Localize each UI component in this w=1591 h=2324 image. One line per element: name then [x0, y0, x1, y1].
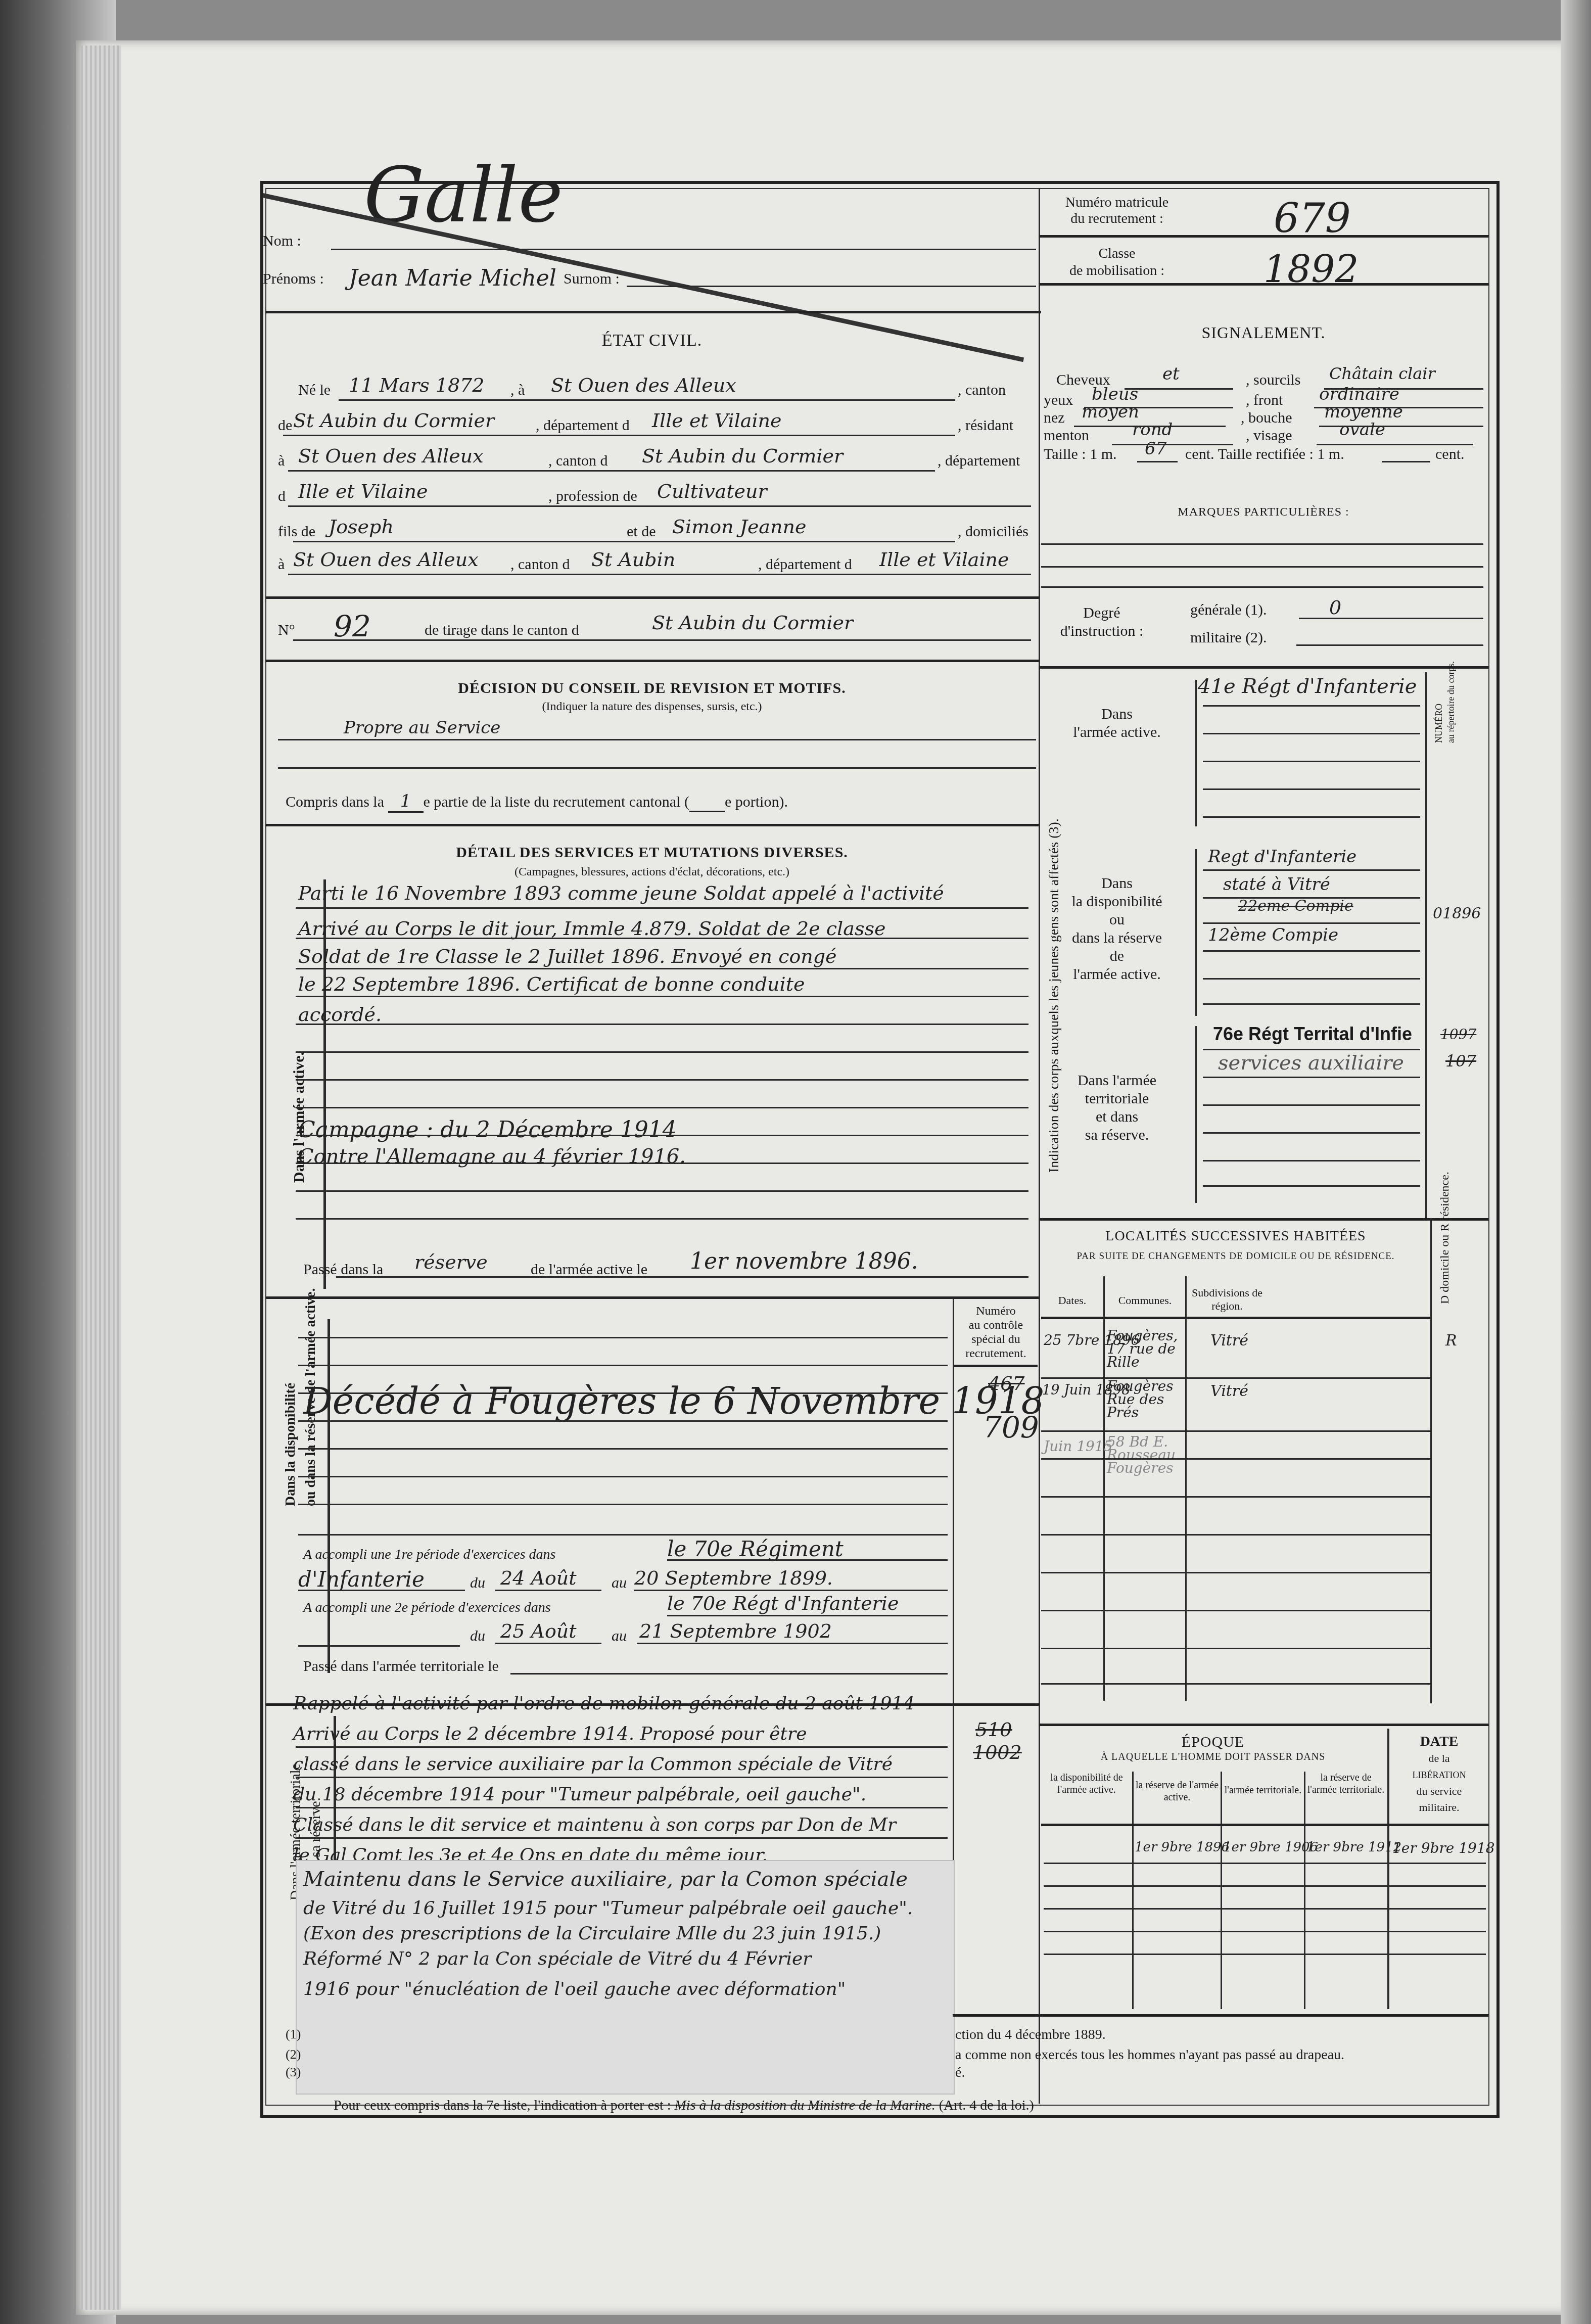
paste-line-1: Maintenu dans le Service auxiliaire, par… [303, 1868, 908, 1891]
corps-rule [1203, 788, 1420, 790]
corps-active-value: 41e Régt d'Infanterie [1198, 675, 1417, 698]
localites-divider [1039, 1724, 1488, 1726]
localites-rule [1041, 1610, 1430, 1611]
tirage-label: de tirage dans le canton d [425, 622, 579, 639]
localites-col-dates: Dates. [1041, 1294, 1103, 1307]
conseil-line-2 [278, 767, 1036, 769]
corps-rule [1203, 761, 1420, 762]
domicile-parents: St Ouen des Alleux [293, 548, 479, 571]
localite-1-subdivision: Vitré [1210, 1332, 1248, 1350]
footnote-3-num: (3) [286, 2065, 301, 2080]
yeux-label: yeux [1044, 392, 1073, 409]
instruction-militaire-rule [1296, 644, 1483, 646]
corps-rule [1203, 1104, 1420, 1106]
campagne-line-1: Campagne : du 2 Décembre 1914 [298, 1117, 677, 1143]
et-de-label: et de [627, 523, 656, 540]
epoque-col-reserve-active: la réserve de l'armée active. [1134, 1779, 1221, 1803]
territoriale-rule [296, 1837, 948, 1839]
service-rule [296, 996, 1028, 997]
corps-rule [1203, 950, 1420, 952]
parents-line [293, 541, 955, 542]
a2-label: à [278, 452, 285, 470]
epoque-rule [1044, 1931, 1486, 1932]
service-line-2: Arrivé au Corps le dit jour, Immle 4.879… [298, 917, 885, 940]
localites-rule [1041, 1377, 1430, 1379]
service-rule [296, 1163, 1028, 1164]
liberation-header: DATEde laLIBÉRATIONdu servicemilitaire. [1390, 1734, 1488, 1816]
localites-col-divider-2 [1185, 1276, 1187, 1701]
service-rule [296, 1079, 1028, 1081]
epoque-col-disponibilite: la disponibilité de l'armée active. [1041, 1772, 1132, 1796]
marine-note: Pour ceux compris dans la 7e liste, l'in… [334, 2098, 1034, 2114]
territoriale-line-4: du 18 décembre 1914 pour "Tumeur palpébr… [293, 1784, 866, 1805]
domicilies-label: , domiciliés [958, 523, 1028, 540]
territoriale-corps-value: services auxiliaire [1218, 1051, 1404, 1075]
matricule-divider [1039, 235, 1488, 238]
localite-2-commune: Fougères Rue des Prés [1107, 1380, 1183, 1419]
compris-label-3: e portion). [725, 794, 788, 810]
compris-partie: 1 [388, 791, 424, 813]
nom-line [331, 249, 1036, 250]
compris-label-2: e partie de la liste du recrutement cant… [424, 794, 689, 810]
localites-header-rule [1041, 1317, 1430, 1319]
service-rule [296, 1024, 1028, 1025]
localites-rule [1041, 1534, 1430, 1536]
territoriale-corps-numero-old: 1097 [1440, 1026, 1476, 1043]
localites-rule [1041, 1683, 1430, 1685]
instruction-militaire-label: militaire (2). [1190, 629, 1267, 646]
epoque-col-territoriale: l'armée territoriale. [1222, 1784, 1304, 1796]
pasted-slip [296, 1860, 955, 2095]
territoriale-passe-rule [510, 1673, 948, 1675]
brace-territoriale-corps [1195, 1026, 1197, 1203]
epoque-value-territoriale: 1er 9bre 1906 [1223, 1840, 1318, 1855]
dispo-rule [298, 1365, 948, 1366]
service-line-5: accordé. [298, 1003, 382, 1026]
brace-disponibilite-corps [1195, 849, 1197, 1016]
periode2-au: 21 Septembre 1902 [639, 1620, 832, 1642]
corps-dispo-value-3: 22eme Compie [1238, 897, 1353, 915]
prenoms-label: Prénoms : [263, 270, 324, 288]
etat-civil-divider [265, 596, 1039, 599]
service-line-1: Parti le 16 Novembre 1893 comme jeune So… [298, 882, 944, 904]
localites-subtitle: PAR SUITE DE CHANGEMENTS DE DOMICILE OU … [1041, 1251, 1430, 1262]
dispo-rule [298, 1448, 948, 1450]
numero-repertoire-header: NUMÉROau répertoire du corps. [1433, 661, 1457, 743]
epoque-value-reserve-territoriale: 1er 9bre 1912 [1306, 1840, 1401, 1855]
service-rule [296, 938, 1028, 939]
signalement-title: SIGNALEMENT. [1041, 323, 1486, 342]
dr-column-divider [1430, 1218, 1432, 1703]
periode2-du: 25 Août [500, 1620, 577, 1642]
header-divider [265, 311, 1041, 313]
profession-line [288, 505, 1031, 507]
periode1-au-label: au [612, 1574, 627, 1592]
territoriale-rule [296, 1746, 948, 1748]
naissance-line [339, 399, 955, 401]
residence-line [288, 470, 935, 472]
territoriale-stamp: 76e Régt Territal d'Infie [1213, 1024, 1412, 1045]
compris-label: Compris dans la [286, 794, 384, 810]
epoque-rule [1044, 1863, 1486, 1864]
profession-label: , profession de [548, 488, 637, 505]
periode1-label: A accompli une 1re période d'exercices d… [303, 1547, 555, 1563]
right-shadow [1561, 0, 1591, 2324]
corps-active-label: Dansl'armée active. [1064, 705, 1170, 741]
corps-dispo-value-2: staté à Vitré [1223, 874, 1330, 895]
dispo-rule [298, 1392, 948, 1394]
corps-dispo-value-4: 12ème Compie [1208, 925, 1338, 945]
service-rule [296, 968, 1028, 969]
corps-rule [1203, 1049, 1420, 1050]
localites-rule [1041, 1572, 1430, 1573]
corps-disponibilite-label: Dansla disponibilitéoudans la réservedel… [1064, 874, 1170, 984]
cheveux-rule [1125, 388, 1233, 390]
territoriale-passe-label: Passé dans l'armée territoriale le [303, 1658, 499, 1675]
canton2-label: , canton d [548, 452, 607, 470]
conseil-decision: Propre au Service [344, 718, 500, 738]
footnote-2-text: a comme non exercés tous les hommes n'ay… [955, 2047, 1344, 2063]
instruction-label: Degréd'instruction : [1051, 604, 1152, 640]
instruction-generale-value: 0 [1329, 596, 1341, 619]
paste-line-3: (Exon des prescriptions de la Circulaire… [303, 1923, 881, 1944]
residence: St Ouen des Alleux [298, 445, 484, 467]
instruction-generale-rule [1299, 618, 1483, 619]
nom-value: Galle [364, 152, 563, 240]
localites-rule [1041, 1496, 1430, 1498]
epoque-col-divider [1221, 1772, 1222, 2009]
periode2-du-label: du [470, 1628, 485, 1645]
departement-label: , département d [536, 417, 630, 434]
corps-side-label: Indication des corps auxquels les jeunes… [1046, 818, 1062, 1173]
a3-label: à [278, 556, 285, 573]
instruction-divider [1039, 666, 1488, 669]
compris-text: Compris dans la 1e partie de la liste du… [286, 791, 788, 813]
fils-de-label: fils de [278, 523, 315, 540]
front-label: , front [1246, 392, 1283, 409]
canton-line [283, 435, 955, 436]
periode1-du: 24 Août [500, 1567, 577, 1589]
matricule-label: Numéro matriculedu recrutement : [1041, 195, 1193, 227]
periode1-corps-2: d'Infanterie [298, 1567, 425, 1592]
localite-2-subdivision: Vitré [1210, 1382, 1248, 1400]
localite-1-dr: R [1445, 1332, 1457, 1350]
taille-rule [1137, 461, 1178, 462]
marques-rule [1041, 586, 1483, 588]
corps-rule [1203, 978, 1420, 980]
marques-rule [1041, 566, 1483, 568]
tirage-line [293, 639, 1031, 641]
localite-3-commune: 58 Bd E. Rousseau Fougères [1107, 1435, 1203, 1475]
localites-rule [1041, 1648, 1430, 1649]
bouche-label: , bouche [1241, 409, 1292, 427]
menton-label: menton [1044, 427, 1089, 444]
epoque-rule [1044, 1885, 1486, 1887]
marques-rule [1041, 543, 1483, 545]
nez-label: nez [1044, 409, 1065, 427]
profession-value: Cultivateur [657, 480, 767, 502]
periode2-au-rule [637, 1643, 948, 1644]
classe-divider [1039, 283, 1488, 286]
taille-label: Taille : 1 m. [1044, 446, 1117, 463]
cheveux-value: et [1162, 364, 1180, 384]
epoque-title: ÉPOQUE [1041, 1734, 1385, 1751]
departement2-label: , département [938, 452, 1020, 470]
periode1-du-rule [495, 1590, 601, 1591]
surnom-line [627, 286, 1036, 287]
territoriale-numero: 1002 [973, 1741, 1022, 1763]
departement-naissance: Ille et Vilaine [652, 409, 782, 432]
corps-rule [1203, 733, 1420, 734]
tirage-divider [265, 660, 1039, 662]
brace-disponibilite [327, 1319, 330, 1673]
canton-label: , canton [958, 382, 1006, 399]
service-line-3: Soldat de 1re Classe le 2 Juillet 1896. … [298, 945, 837, 967]
conseil-title: DÉCISION DU CONSEIL DE REVISION ET MOTIF… [265, 680, 1039, 697]
dr-header: D domicile ou R résidence. [1438, 1172, 1452, 1304]
territoriale-rule [296, 1777, 948, 1778]
periode1-corps-rule [298, 1590, 465, 1591]
passe-value: réserve [414, 1251, 488, 1273]
canton-parents: St Aubin [591, 548, 675, 571]
footnote-1-text: ction du 4 décembre 1889. [955, 2027, 1106, 2043]
menton-value: rond [1132, 420, 1173, 440]
service-rule [296, 1218, 1028, 1220]
cent-label: cent. [1435, 446, 1464, 463]
periode1-au-rule [634, 1590, 948, 1591]
corps-divider [1039, 1218, 1488, 1221]
taille-value: 67 [1145, 439, 1166, 459]
de-label: de [278, 417, 292, 434]
liberation-value: 1er 9bre 1918 [1392, 1840, 1495, 1856]
corps-rule [1203, 1185, 1420, 1187]
services-subtitle: (Campagnes, blessures, actions d'éclat, … [265, 865, 1039, 879]
periode2-corps: le 70e Régt d'Infanterie [667, 1592, 899, 1614]
epoque-col-divider [1132, 1772, 1134, 2009]
service-rule [296, 1190, 1028, 1192]
page-edges [81, 45, 121, 2310]
ne-le-label: Né le [298, 382, 331, 399]
service-rule [296, 1135, 1028, 1136]
canton3-label: , canton d [510, 556, 570, 573]
service-rule [296, 907, 1028, 909]
sourcils-value: Châtain clair [1329, 364, 1435, 383]
liberation-divider [1387, 1729, 1389, 2009]
visage-rule [1317, 444, 1473, 445]
territoriale-corps-numero: 107 [1445, 1051, 1476, 1071]
conseil-subtitle: (Indiquer la nature des dispenses, sursi… [265, 700, 1039, 714]
corps-rule [1203, 869, 1420, 871]
dispo-rule [298, 1534, 948, 1536]
epoque-subtitle: À LAQUELLE L'HOMME DOIT PASSER DANS [1041, 1751, 1385, 1763]
localites-col-subdivisions: Subdivisions de région. [1187, 1286, 1268, 1313]
territoriale-numero-old: 510 [975, 1718, 1012, 1741]
yeux-value: bleus [1092, 384, 1138, 404]
front-value: ordinaire [1319, 384, 1399, 404]
localite-1-commune: Fougères, 17 rue de Rille [1107, 1329, 1183, 1369]
service-rule [296, 1107, 1028, 1108]
services-title: DÉTAIL DES SERVICES ET MUTATIONS DIVERSE… [265, 844, 1039, 861]
campagne-line-2: Contre l'Allemagne au 4 février 1916. [298, 1145, 686, 1168]
conseil-divider [265, 824, 1039, 826]
passe-date: 1er novembre 1896. [690, 1248, 918, 1274]
territoriale-rule [296, 1807, 948, 1808]
periode2-rule [667, 1615, 948, 1616]
tirage-no-label: N° [278, 622, 295, 639]
lieu-naissance: St Ouen des Alleux [551, 374, 736, 396]
numero-repertoire-divider [1425, 672, 1427, 1218]
dispo-rule [298, 1420, 948, 1422]
periode2-blank-rule [298, 1645, 460, 1647]
marques-title: MARQUES PARTICULIÈRES : [1041, 505, 1486, 519]
footnote-divider [953, 2014, 1488, 2017]
paste-line-4: Réformé N° 2 par la Con spéciale de Vitr… [303, 1948, 811, 1969]
numero-header-rule [954, 1365, 1038, 1367]
paste-line-5: 1916 pour "énucléation de l'oeil gauche … [303, 1979, 846, 2000]
nez-value: moyen [1082, 402, 1139, 422]
periode2-label: A accompli une 2e période d'exercices da… [303, 1600, 551, 1616]
localites-rule [1041, 1458, 1430, 1460]
surnom-label: Surnom : [564, 270, 620, 288]
periode1-corps: le 70e Régiment [667, 1537, 844, 1561]
departement-parents: Ille et Vilaine [879, 548, 1009, 571]
sourcils-label: , sourcils [1246, 371, 1300, 389]
footnote-3-text: é. [955, 2065, 965, 2081]
corps-rule [1203, 816, 1420, 818]
corps-territoriale-label: Dans l'arméeterritorialeet danssa réserv… [1064, 1072, 1170, 1144]
territoriale-line-3: classé dans le service auxiliaire par la… [293, 1754, 893, 1775]
corps-dispo-value-1: Regt d'Infanterie [1208, 847, 1356, 867]
brace-active [1195, 680, 1197, 826]
services-divider [265, 1296, 1039, 1299]
service-line-4: le 22 Septembre 1896. Certificat de bonn… [298, 973, 805, 995]
domicile-line [288, 574, 1031, 575]
paste-line-2: de Vitré du 16 Juillet 1915 pour "Tumeur… [303, 1898, 913, 1919]
dispo-rule [298, 1504, 948, 1505]
instruction-generale-label: générale (1). [1190, 601, 1267, 619]
service-rule [296, 1051, 1028, 1053]
menton-rule [1112, 444, 1233, 445]
conseil-line-1 [278, 739, 1036, 740]
prenoms-value: Jean Marie Michel [349, 265, 556, 291]
corps-rule [1203, 922, 1420, 924]
brace-armee-active [323, 879, 326, 1289]
mere: Simon Jeanne [672, 516, 806, 538]
corps-rule [1203, 1132, 1420, 1134]
passe-label: Passé dans la [303, 1261, 383, 1278]
localites-rule [1041, 1430, 1430, 1432]
territoriale-line-5: Classé dans le dit service et maintenu à… [293, 1815, 896, 1835]
taille-rect-label: cent. Taille rectifiée : 1 m. [1185, 446, 1344, 463]
corps-rule [1203, 705, 1420, 707]
periode1-rule [667, 1559, 948, 1561]
localites-col-communes: Communes. [1105, 1294, 1185, 1307]
localites-title: LOCALITÉS SUCCESSIVES HABITÉES [1041, 1228, 1430, 1244]
passe-line [336, 1276, 1028, 1278]
tirage-numero: 92 [334, 609, 371, 643]
territoriale-line-2: Arrivé au Corps le 2 décembre 1914. Prop… [293, 1724, 807, 1744]
corps-rule [1203, 1077, 1420, 1078]
bouche-value: moyenne [1324, 402, 1403, 422]
deces-mention: Décédé à Fougères le 6 Novembre 1918 [303, 1380, 1044, 1422]
tirage-canton: St Aubin du Cormier [652, 612, 853, 634]
a-label: , à [510, 382, 525, 399]
periode1-du-label: du [470, 1574, 485, 1592]
epoque-rule [1044, 1954, 1486, 1955]
departement-residence: Ille et Vilaine [298, 480, 428, 502]
epoque-col-divider [1304, 1772, 1305, 2009]
epoque-value-reserve-active: 1er 9bre 1896 [1135, 1840, 1230, 1855]
epoque-rule [1044, 1908, 1486, 1910]
passe-label-2: de l'armée active le [531, 1261, 647, 1278]
taille-rect-rule [1382, 461, 1430, 462]
corps-dispo-numero: 01896 [1433, 905, 1481, 922]
dispo-rule [298, 1337, 948, 1338]
periode2-au-label: au [612, 1628, 627, 1645]
canton-naissance: St Aubin du Cormier [293, 409, 494, 432]
territoriale-line-1: Rappelé à l'activité par l'ordre de mobi… [293, 1693, 915, 1714]
periode1-au: 20 Septembre 1899. [634, 1567, 833, 1589]
corps-rule [1203, 1003, 1420, 1005]
classe-label: Classede mobilisation : [1041, 245, 1193, 280]
column-divider [1039, 188, 1040, 2104]
epoque-header-rule [1041, 1824, 1488, 1826]
periode2-du-rule [495, 1643, 601, 1644]
epoque-col-reserve-territoriale: la réserve de l'armée territoriale. [1305, 1772, 1386, 1796]
numero-controle-header: Numéroau contrôlespécial durecrutement. [954, 1304, 1038, 1361]
date-naissance: 11 Mars 1872 [349, 374, 484, 396]
d-label: d [278, 488, 286, 505]
visage-value: ovale [1339, 420, 1385, 440]
localite-3-date: Juin 1915 [1044, 1438, 1112, 1455]
footnote-2-num: (2) [286, 2047, 301, 2062]
pere: Joseph [329, 516, 394, 538]
corps-rule [1203, 1160, 1420, 1161]
residant-label: , résidant [958, 417, 1013, 434]
dispo-rule [298, 1476, 948, 1477]
nom-label: Nom : [263, 233, 301, 250]
canton-residence: St Aubin du Cormier [642, 445, 843, 467]
footnote-1-num: (1) [286, 2027, 301, 2042]
visage-label: , visage [1246, 427, 1292, 444]
etat-civil-title: ÉTAT CIVIL. [265, 331, 1039, 350]
departement3-label: , département d [758, 556, 852, 573]
